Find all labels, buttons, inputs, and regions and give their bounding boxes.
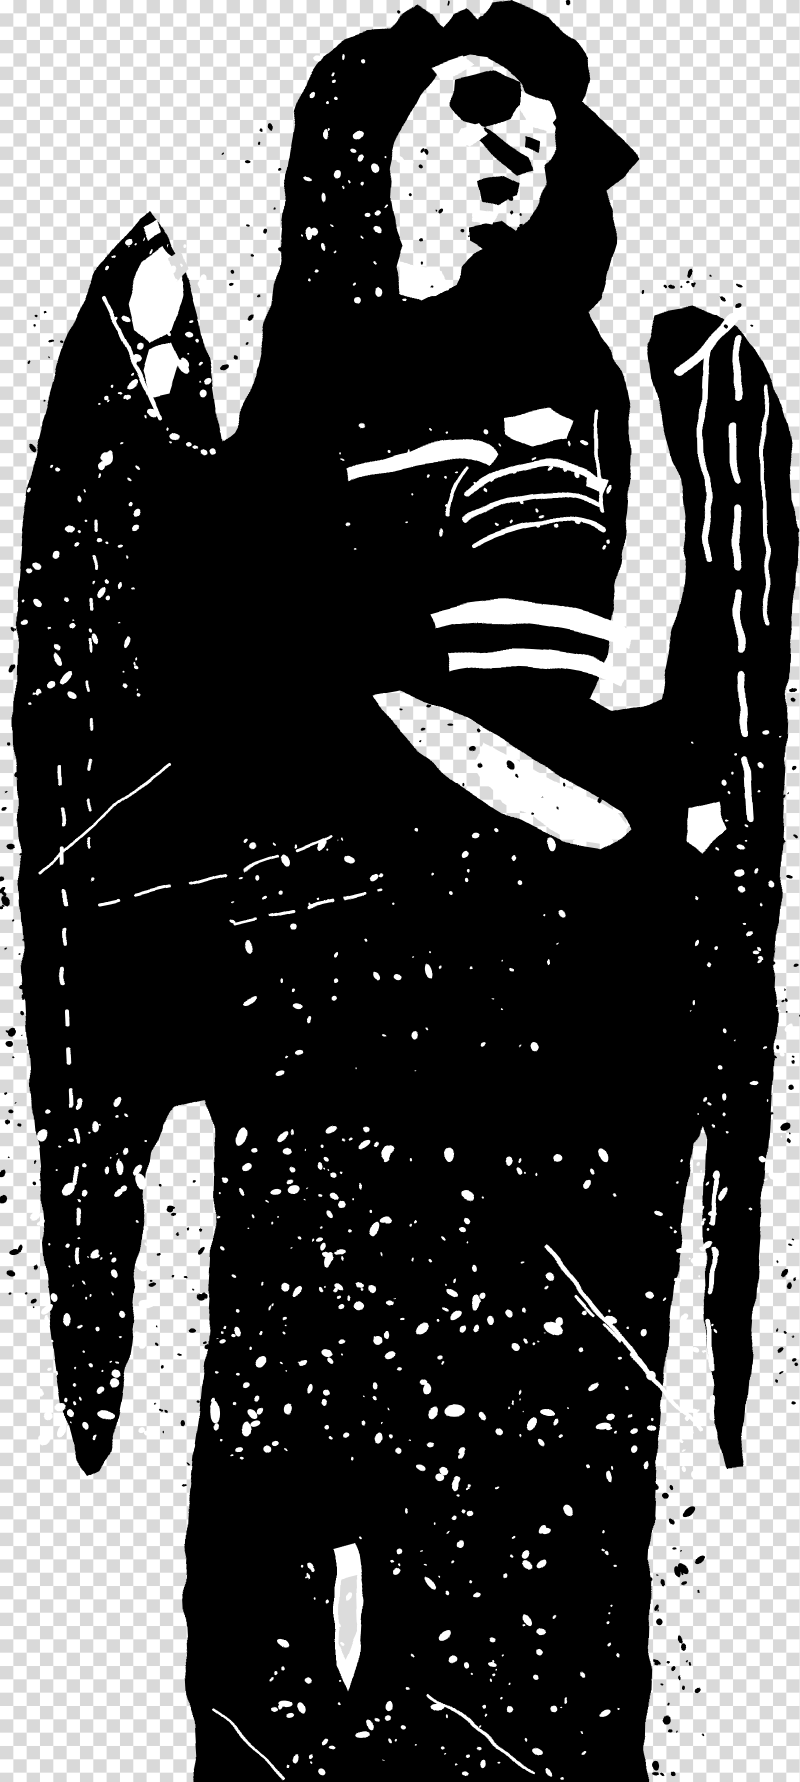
right-wing-margin-specks-speck [776,1119,788,1128]
right-gap-whites-speck [684,1466,690,1472]
left-margin-specks-speck [4,794,7,797]
right-wing-margin-specks-speck [784,1329,788,1333]
right-wing-margin-specks-speck [792,1364,797,1369]
robe-right-halo-specks-speck [670,1771,677,1778]
left-robe-gap-specks-speck [180,1419,185,1425]
left-wing-lower-texture-speck [31,1147,36,1152]
left-robe-gap-specks-speck [187,1277,191,1279]
right-wing-margin-specks-speck [792,1334,795,1337]
right-wing-margin-specks-speck [787,1244,791,1247]
robe-right-halo-specks-speck [696,1556,708,1569]
hair-gap-specks-speck [229,284,234,287]
hair-texture-speck [411,139,415,143]
left-margin-specks-speck [0,1195,8,1204]
left-robe-gap-specks-speck [154,1321,155,1323]
left-margin-specks-speck [5,1119,11,1124]
right-wing-margin-specks-speck [786,1282,793,1289]
robe-right-halo-specks-speck [657,1682,661,1685]
robe-right-halo-specks-speck [668,1516,678,1525]
robe-right-halo-specks-speck [661,1582,667,1590]
left-margin-specks-speck [21,1289,25,1293]
left-margin-specks-speck [13,629,15,631]
right-wing-top-specks-speck [642,290,645,295]
left-robe-gap-specks-speck [184,1229,187,1232]
hair-gap-specks-speck [230,354,235,359]
left-wing-edge-specks-speck [50,357,52,359]
left-margin-specks-speck [8,739,12,743]
hair-gap-specks-speck [250,255,253,258]
right-wing-top-specks-speck [737,282,744,287]
robe-right-halo-specks-speck [701,1732,704,1735]
face-grime-specks-speck [417,239,421,244]
right-wing-margin-specks-speck [780,1001,784,1004]
right-gap-whites-speck [685,1261,688,1264]
underarm-wedge-specks-speck [473,729,478,734]
hair-gap-specks-speck [249,311,257,320]
left-margin-specks-speck [5,1267,15,1275]
left-robe-gap-specks-speck [181,1485,186,1488]
left-margin-specks-speck [32,1305,34,1308]
left-margin-specks-speck [29,1162,33,1166]
right-wing-texture-speck [695,997,697,1002]
robe-right-halo-specks-speck [651,1773,658,1777]
left-robe-gap-specks-speck [197,1229,201,1233]
left-wing-edge-specks-speck [41,312,44,315]
right-wing-texture-speck [776,1131,778,1134]
right-wing-margin-specks-speck [791,1239,794,1242]
right-wing-margin-specks-speck [789,1062,794,1067]
left-robe-gap-specks-speck [193,1180,196,1184]
right-wing-texture-speck [785,1171,787,1175]
left-margin-specks-speck [0,1170,5,1178]
robe-right-halo-specks-speck [687,1660,691,1664]
hair-gap-specks-speck [215,363,226,373]
left-margin-specks-speck [0,876,5,882]
left-robe-gap-specks-speck [187,1326,194,1331]
robe-right-halo-specks-speck [666,1659,670,1662]
cheek-shadow [524,136,540,154]
left-robe-gap-specks-speck [153,1340,158,1345]
face-grime-specks-speck [436,210,443,217]
robe-right-halo-specks-speck [658,1576,661,1579]
transparency-checkerboard [0,0,800,1782]
left-wing-edge-specks-speck [31,316,35,319]
underarm-wedge-specks-speck [446,725,452,728]
left-wing-lower-texture-speck [133,1326,144,1337]
underarm-wedge-specks-speck [464,782,466,785]
left-robe-gap-specks-speck [153,1280,156,1282]
face-grime-specks-speck [519,214,522,217]
head-top-specks-speck [446,0,449,4]
left-robe-gap-specks-speck [151,1282,159,1287]
left-wing-edge-specks-speck [28,443,36,454]
right-wing-top-specks-speck [733,301,741,309]
underarm-wedge-specks-speck [399,707,402,709]
face-grime-specks-speck [510,211,514,215]
left-robe-gap-specks-speck [162,1365,165,1369]
robe-left-texture-speck [383,1332,388,1341]
robe-right-halo-specks-speck [670,1728,674,1732]
right-wing-top-specks-speck [749,324,752,327]
right-wing-margin-specks-speck [792,690,800,697]
left-wing-lower-texture-speck [137,1391,140,1395]
left-robe-gap-specks-speck [154,1403,157,1405]
right-gap-whites-speck [695,1277,698,1280]
robe-right-halo-specks-speck [657,1617,665,1626]
right-gap-whites-speck [679,1315,690,1326]
left-robe-gap-specks-speck [198,1246,207,1256]
right-wing-top-specks-speck [720,296,726,302]
left-margin-specks-speck [5,1038,14,1047]
left-robe-gap-specks-speck [186,1462,190,1466]
right-wing-margin-specks-speck [777,1372,782,1376]
face-grime-specks-speck [468,234,471,236]
left-margin-specks-speck [5,1159,7,1161]
head-top-specks-speck [395,11,399,15]
right-gap-whites-speck [680,1378,685,1383]
robe-left-texture-speck [373,1337,374,1339]
right-wing-texture-speck [767,1172,780,1183]
hair-gap-specks-speck [256,139,259,143]
underarm-wedge-specks-speck [425,701,431,706]
left-margin-specks-speck [17,1123,22,1127]
robe-right-halo-specks-speck [659,1773,664,1778]
robe-right-halo-specks-speck [682,1636,688,1644]
right-wing-top-specks-speck [669,285,677,292]
robe-right-halo-specks-speck [652,1761,660,1772]
left-wing-lower-texture-speck [26,1212,39,1224]
right-wing-margin-specks-speck [796,1014,799,1017]
right-wing-margin-specks-speck [790,1058,793,1061]
left-wing-edge-specks-speck [61,341,66,345]
right-wing-margin-specks-speck [794,701,799,706]
robe-right-halo-specks-speck [683,1503,699,1518]
right-gap-whites-speck [692,1468,703,1478]
left-robe-gap-specks-speck [196,1401,200,1404]
left-robe-gap-specks-speck [158,1252,162,1255]
hair-gap-specks-speck [258,295,262,299]
hair-gap-specks-speck [263,230,267,235]
left-wing-lower-texture-speck [141,1297,155,1305]
robe-right-halo-specks-speck [665,1704,668,1708]
right-wing-top-specks-speck [690,283,694,286]
left-margin-specks-speck [31,1263,37,1269]
left-margin-specks-speck [5,1093,9,1097]
right-wing-top-specks-speck [665,285,670,290]
right-gap-whites-speck [687,1260,696,1267]
face-grime-specks-speck [461,228,465,232]
right-gap-whites-speck [665,1421,669,1426]
right-wing-texture-speck [780,1024,792,1037]
robe-right-halo-specks-speck [662,1493,670,1499]
left-margin-specks-speck [11,1056,14,1059]
left-margin-specks-speck [4,842,14,851]
underarm-wedge-specks-speck [418,731,423,735]
hair-gap-specks-speck [266,122,273,130]
left-margin-specks-speck [3,948,6,951]
right-wing-margin-specks-speck [774,1381,778,1386]
head-top-specks-speck [565,1,570,5]
right-wing-margin-specks-speck [775,1048,779,1053]
hair-gap-specks-speck [258,126,261,130]
right-wing-texture-speck [777,1056,782,1060]
robe-right-halo-specks-speck [664,1717,672,1725]
left-margin-specks-speck [18,952,21,955]
right-wing-margin-specks-speck [786,874,793,879]
right-gap-whites-speck [693,1285,697,1292]
underarm-wedge-specks-speck [418,743,421,746]
hair-gap-specks-speck [278,167,282,172]
hair-gap-specks-speck [230,270,235,275]
right-gap-whites-speck [694,1162,699,1167]
right-wing-margin-specks-speck [782,1012,785,1014]
right-gap-whites-speck [698,1336,702,1340]
left-margin-specks-speck [28,921,30,925]
left-wing-edge-specks-speck [50,340,56,344]
right-wing-margin-specks-speck [778,1269,787,1279]
right-gap-whites-speck [685,1452,690,1456]
robe-right-halo-specks-speck [670,1484,675,1491]
hair-gap-specks-speck [221,151,224,154]
left-wing-lower-texture-speck [42,1410,55,1424]
left-wing-lower-texture-speck [139,1259,154,1272]
right-wing-margin-specks-speck [789,1086,796,1093]
hair-gap-specks-speck [248,226,252,229]
left-wing-lower-texture-speck [48,1370,53,1373]
left-wing-edge-specks-speck [30,325,33,327]
right-wing-margin-specks-speck [791,1405,796,1409]
right-wing-margin-specks-speck [785,1128,787,1131]
left-robe-gap-specks-speck [163,1429,164,1431]
left-margin-specks-speck [10,628,14,633]
hair-gap-specks-speck [244,158,250,161]
angel-statue-illustration [0,0,800,1782]
hair-texture-speck [411,164,414,168]
robe-low-texture-speck [614,1654,617,1658]
left-robe-gap-specks-speck [174,1275,178,1279]
right-gap-whites-speck [680,1440,686,1446]
left-robe-gap-specks-speck [193,1290,195,1292]
right-wing-margin-specks-speck [790,1360,796,1365]
left-wing-lower-texture-speck [34,1386,48,1398]
hair-gap-specks-speck [246,341,250,345]
robe-right-halo-specks-speck [684,1584,691,1588]
left-margin-specks-speck [0,906,4,908]
hair-texture-speck [412,252,414,255]
left-robe-gap-specks-speck [176,1232,180,1236]
right-wing-top-specks-speck [714,276,717,279]
right-wing-texture-speck [697,1171,700,1174]
right-wing-top-specks-speck [692,270,698,280]
right-wing-top-specks-speck [683,288,685,291]
eyebrow-shadow [450,70,522,128]
left-wing-lower-texture-speck [142,1226,148,1231]
left-wing-lower-texture-speck [144,1239,147,1243]
right-gap-whites-speck [689,1408,698,1417]
left-robe-gap-specks-speck [164,1410,168,1414]
right-wing-texture-speck [775,1147,779,1149]
left-wing-edge-specks-speck [29,360,33,364]
right-wing-margin-specks-speck [793,963,799,968]
left-margin-specks-speck [11,919,14,922]
left-robe-gap-specks-speck [159,1410,163,1413]
right-gap-whites-speck [685,1430,695,1440]
robe-right-halo-specks-speck [669,1664,676,1672]
left-margin-specks-speck [6,1291,9,1295]
right-wing-margin-specks-speck [792,763,798,769]
face-grime-specks-speck [419,261,422,264]
ink-layer [14,0,796,1782]
left-margin-specks-speck [6,664,15,674]
right-gap-whites-speck [691,1346,700,1354]
robe-right-halo-specks-speck [682,1642,690,1651]
robe-right-halo-specks-speck [695,1689,702,1694]
left-robe-gap-specks-speck [162,1184,166,1188]
right-wing-texture-speck [723,1095,727,1102]
robe-low-texture-speck [331,1745,338,1748]
left-margin-specks-speck [0,808,6,813]
robe-right-halo-specks-speck [676,1730,678,1732]
left-robe-gap-specks-speck [201,1340,205,1343]
wing-apex-texture-speck [185,245,188,249]
nose-shadow [478,128,534,176]
left-wing-lower-texture-speck [147,1201,150,1204]
left-wing-lower-texture-speck [43,1314,49,1323]
robe-right-halo-specks-speck [682,1550,684,1553]
robe-right-halo-specks-speck [701,1591,703,1594]
right-gap-whites-speck [710,1251,715,1260]
robe-right-halo-specks-speck [680,1686,684,1691]
right-gap-whites-speck [673,1393,676,1396]
left-margin-specks-speck [20,1007,25,1012]
left-margin-specks-speck [29,1184,34,1190]
face-grime-specks-speck [417,167,423,172]
robe-right-halo-specks-speck [678,1676,681,1681]
left-robe-gap-specks-speck [178,1353,183,1357]
right-gap-whites-speck [701,1349,706,1353]
right-wing-margin-specks-speck [774,1262,776,1265]
underarm-wedge-specks-speck [464,747,472,752]
left-wing-lower-texture-speck [53,1423,66,1439]
hair-texture-speck [396,157,407,168]
face-grime-specks-speck [433,211,435,213]
robe-right-halo-specks-speck [675,1547,679,1550]
hair-texture-speck [300,231,302,233]
right-wing-margin-specks-speck [782,1134,788,1141]
right-wing-margin-specks-speck [783,1000,786,1004]
right-wing-margin-specks-speck [776,1348,784,1356]
left-wing-edge-specks-speck [43,395,46,398]
left-wing-lower-texture-speck [137,1338,147,1347]
waist-texture-speck [246,942,253,953]
left-wing-lower-texture-speck [37,1431,51,1445]
left-robe-gap-specks-speck [171,1215,176,1219]
right-wing-margin-specks-speck [784,991,786,994]
face-grime-specks-speck [408,192,412,196]
robe-right-halo-specks-speck [690,1662,694,1667]
left-margin-specks-speck [28,1296,36,1304]
hair-gap-specks-speck [274,208,276,210]
right-wing-margin-specks-speck [793,1279,796,1282]
left-margin-specks-speck [16,1102,19,1104]
right-wing-margin-specks-speck [788,791,791,794]
left-margin-specks-speck [10,1110,15,1114]
right-wing-margin-specks-speck [777,1327,780,1331]
robe-center-texture-speck [404,1507,407,1513]
wing-apex-texture-speck [169,278,177,282]
left-margin-specks-speck [22,1031,24,1033]
